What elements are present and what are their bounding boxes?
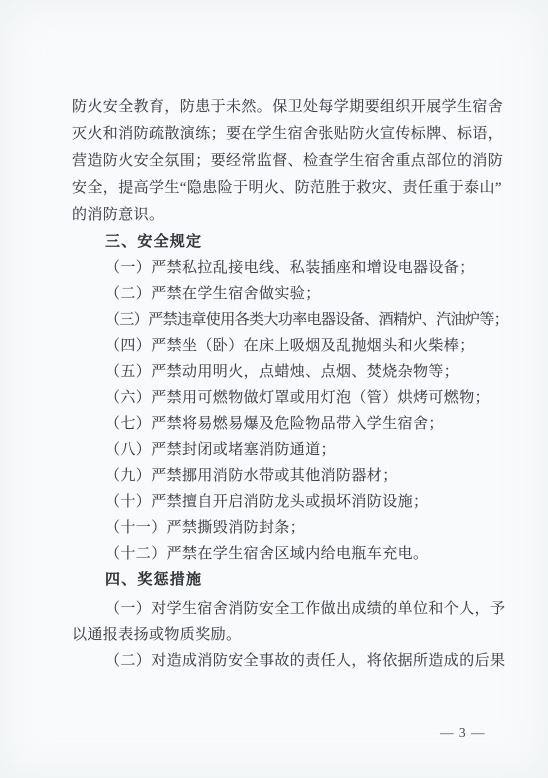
rule-item: （八）严禁封闭或堵塞消防通道； (72, 437, 492, 463)
rule-item: （四）严禁坐（卧）在床上吸烟及乱抛烟头和火柴棒； (72, 333, 492, 359)
rule-item: （五）严禁动用明火，点蜡烛、点烟、焚烧杂物等； (72, 359, 492, 385)
paragraph-line: 安全，提高学生“隐患险于明火、防范胜于救灾、责任重于泰山” (72, 175, 492, 202)
rule-item: （十一）严禁撕毁消防封条； (72, 515, 492, 541)
rule-item: （六）严禁用可燃物做灯罩或用灯泡（管）烘烤可燃物； (72, 385, 492, 411)
reward-item-line: （二）对造成消防安全事故的责任人，将依据所造成的后果 (72, 648, 492, 674)
rule-item: （九）严禁挪用消防水带或其他消防器材； (72, 463, 492, 489)
rule-item: （十二）严禁在学生宿舍区域内给电瓶车充电。 (72, 541, 492, 567)
scanned-document-page: 防火安全教育，防患于未然。保卫处每学期要组织开展学生宿舍 灭火和消防疏散演练；要… (0, 0, 548, 778)
section-heading-rewards-punishments: 四、奖惩措施 (72, 567, 492, 593)
paragraph-line: 灭火和消防疏散演练；要在学生宿舍张贴防火宣传标牌、标语， (72, 121, 492, 148)
reward-item-line: 以通报表扬或物质奖励。 (72, 622, 492, 648)
rule-item: （三）严禁违章使用各类大功率电器设备、酒精炉、汽油炉等； (72, 307, 492, 333)
rule-item: （二）严禁在学生宿舍做实验； (72, 281, 492, 307)
intro-paragraph: 防火安全教育，防患于未然。保卫处每学期要组织开展学生宿舍 灭火和消防疏散演练；要… (72, 94, 492, 229)
rewards-punishments-list: （一）对学生宿舍消防安全工作做出成绩的单位和个人，予 以通报表扬或物质奖励。 （… (72, 596, 492, 674)
reward-item-line: （一）对学生宿舍消防安全工作做出成绩的单位和个人，予 (72, 596, 492, 622)
paragraph-line: 的消防意识。 (72, 202, 492, 229)
rule-item: （七）严禁将易燃易爆及危险物品带入学生宿舍； (72, 411, 492, 437)
page-number: — 3 — (440, 725, 486, 741)
rule-item: （十）严禁擅自开启消防龙头或损坏消防设施； (72, 489, 492, 515)
section-heading-safety-rules: 三、安全规定 (72, 229, 492, 255)
safety-rules-list: （一）严禁私拉乱接电线、私装插座和增设电器设备； （二）严禁在学生宿舍做实验； … (72, 255, 492, 567)
paragraph-line: 营造防火安全氛围；要经常监督、检查学生宿舍重点部位的消防 (72, 148, 492, 175)
paragraph-line: 防火安全教育，防患于未然。保卫处每学期要组织开展学生宿舍 (72, 94, 492, 121)
document-body: 防火安全教育，防患于未然。保卫处每学期要组织开展学生宿舍 灭火和消防疏散演练；要… (72, 94, 492, 674)
rule-item: （一）严禁私拉乱接电线、私装插座和增设电器设备； (72, 255, 492, 281)
